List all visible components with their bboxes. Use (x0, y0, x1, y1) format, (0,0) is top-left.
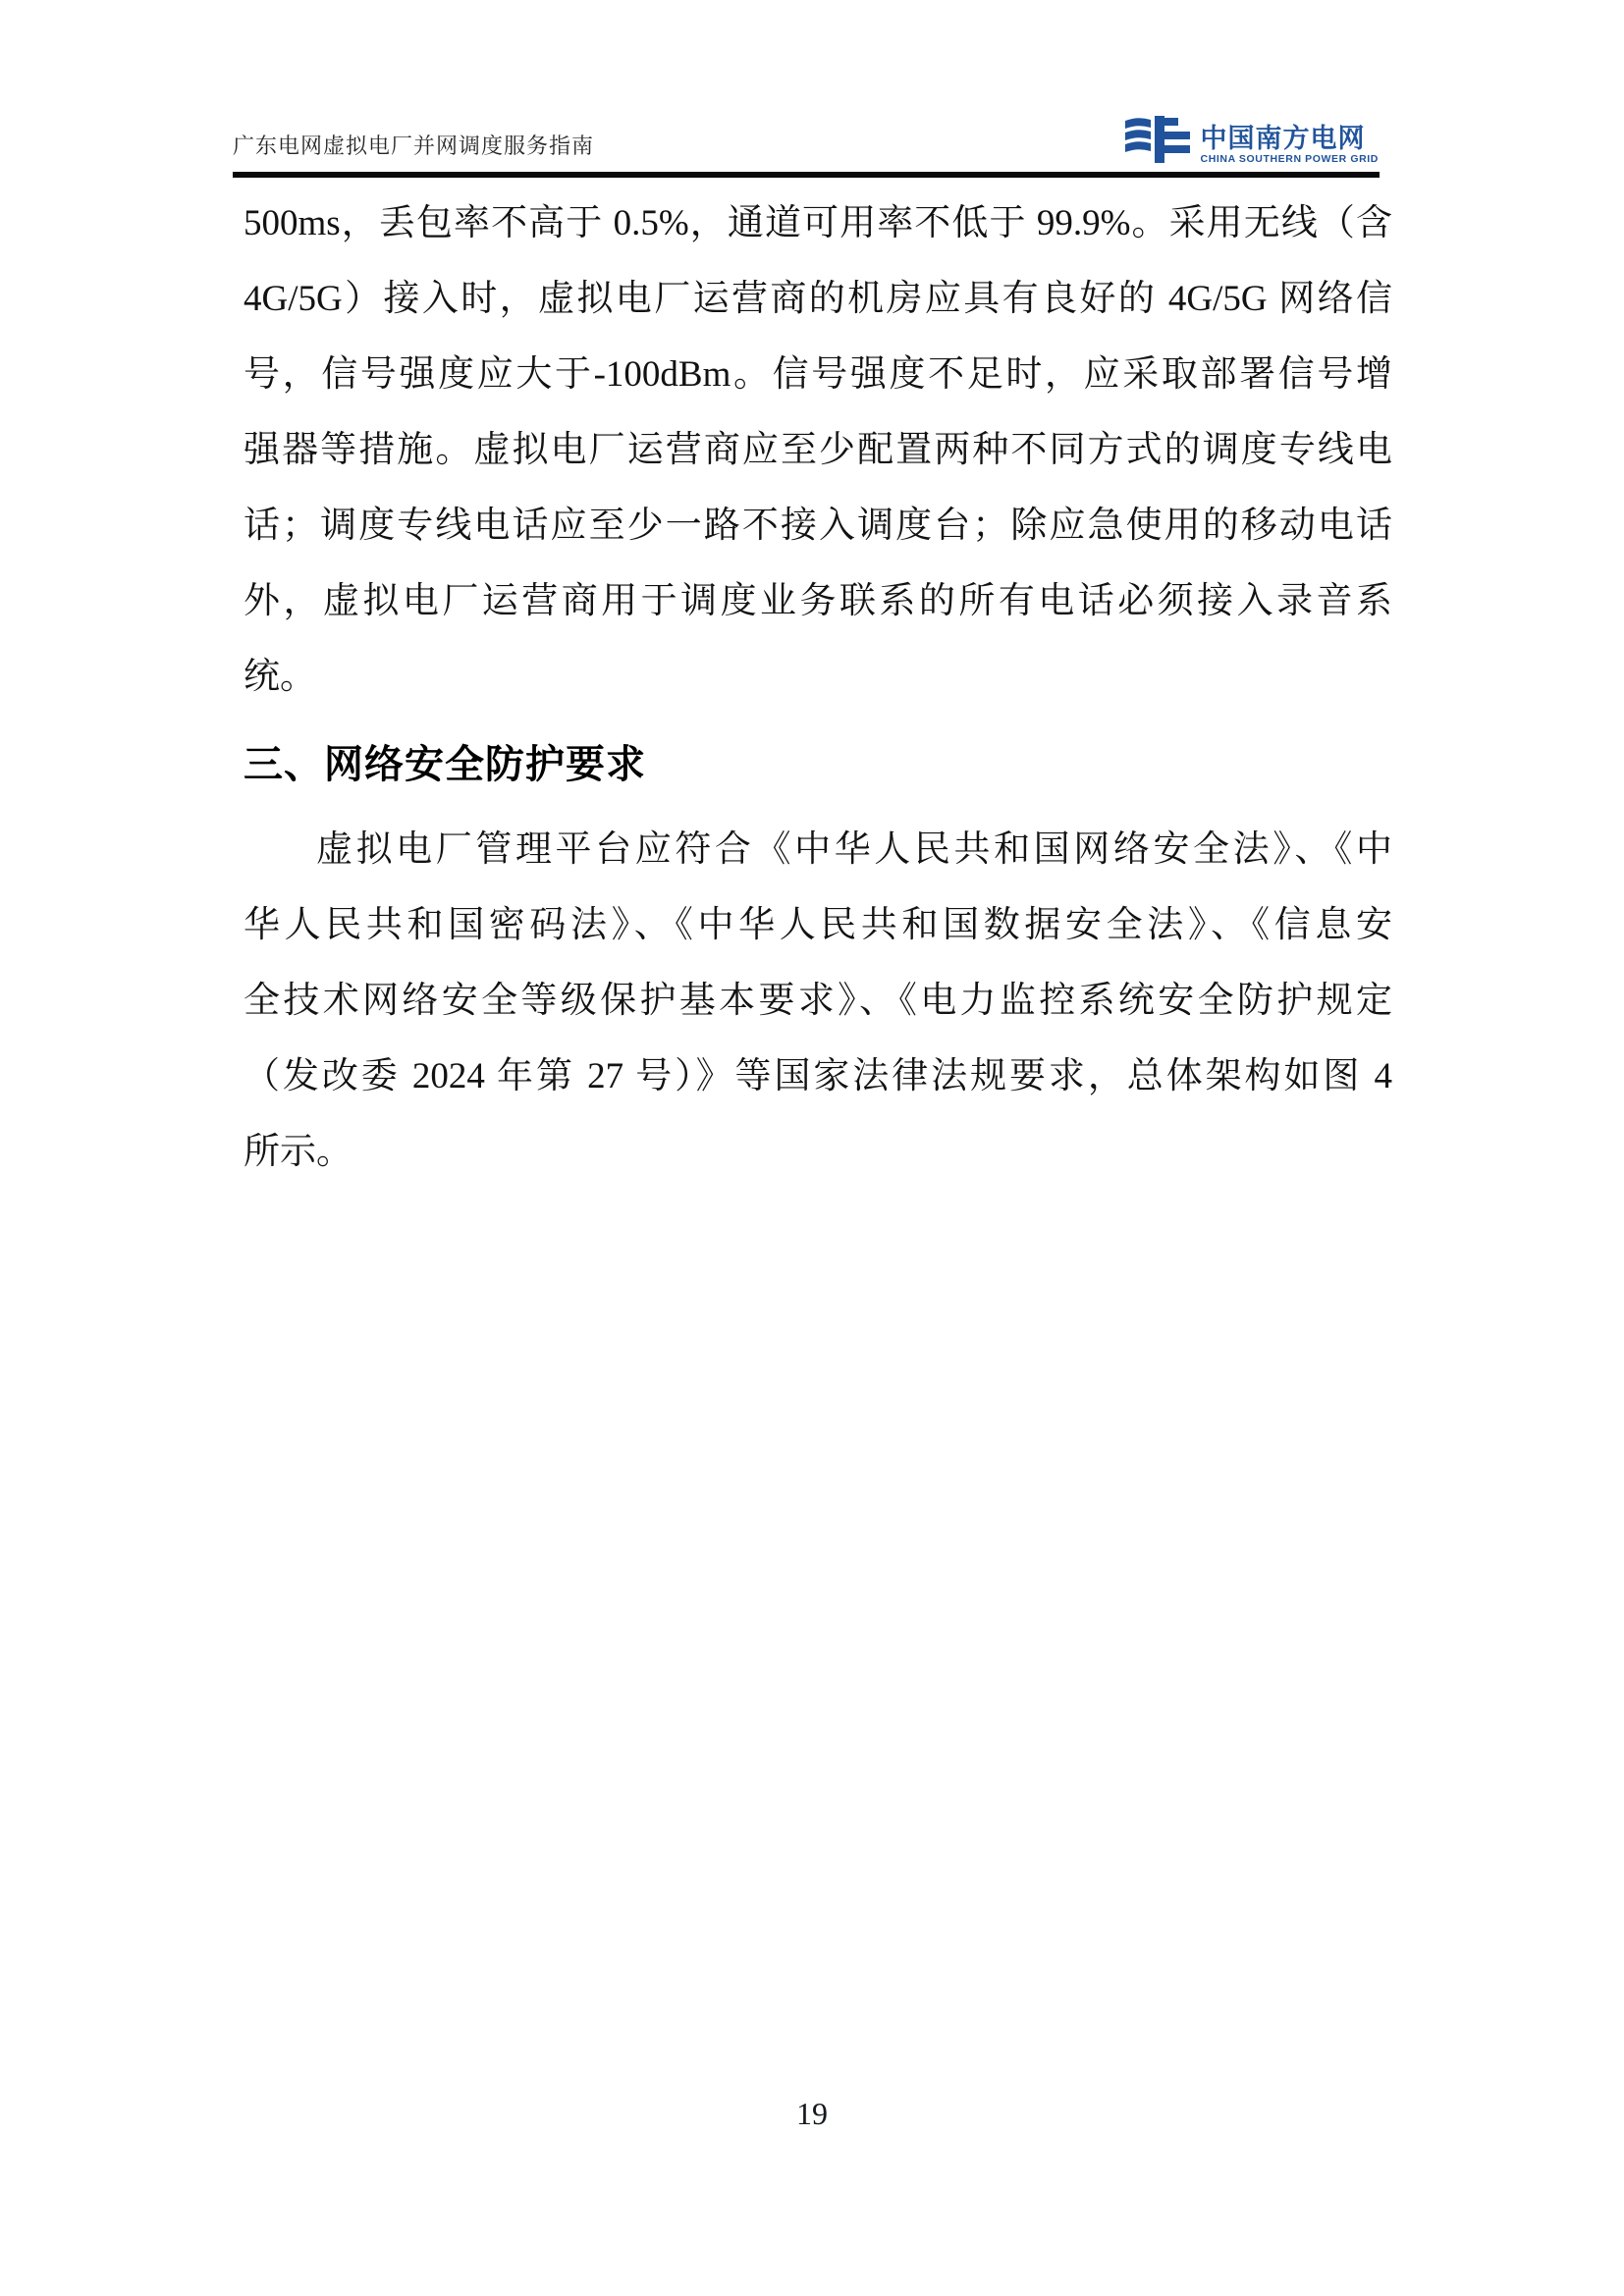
text-line: 强器等措施。虚拟电厂运营商应至少配置两种不同方式的调度专线电 (244, 412, 1392, 488)
text-line: 4G/5G）接入时，虚拟电厂运营商的机房应具有良好的 4G/5G 网络信 (244, 261, 1392, 337)
logo-name-chinese: 中国南方电网 (1201, 125, 1379, 153)
text-line: 外，虚拟电厂运营商用于调度业务联系的所有电话必须接入录音系 (244, 563, 1392, 639)
paragraph-2: 虚拟电厂管理平台应符合《中华人民共和国网络安全法》、《中 华人民共和国密码法》、… (244, 812, 1392, 1190)
text-line: （发改委 2024 年第 27 号）》等国家法律法规要求，总体架构如图 4 (244, 1039, 1392, 1114)
logo-text-block: 中国南方电网 CHINA SOUTHERN POWER GRID (1201, 114, 1379, 166)
header-divider-rule (233, 172, 1380, 178)
section-heading: 三、网络安全防护要求 (244, 736, 1392, 793)
logo-name-english: CHINA SOUTHERN POWER GRID (1201, 153, 1379, 166)
paragraph-1: 500ms，丢包率不高于 0.5%，通道可用率不低于 99.9%。采用无线（含 … (244, 186, 1392, 715)
power-grid-logo-icon (1125, 114, 1192, 163)
page-number: 19 (796, 2096, 828, 2131)
document-page: 广东电网虚拟电厂并网调度服务指南 中国南方电网 CHINA SOUTHERN P… (0, 0, 1624, 2296)
document-header-title: 广东电网虚拟电厂并网调度服务指南 (233, 133, 594, 159)
text-line: 虚拟电厂管理平台应符合《中华人民共和国网络安全法》、《中 (244, 812, 1392, 887)
text-line: 500ms，丢包率不高于 0.5%，通道可用率不低于 99.9%。采用无线（含 (244, 186, 1392, 261)
text-line: 华人民共和国密码法》、《中华人民共和国数据安全法》、《信息安 (244, 887, 1392, 963)
text-line: 所示。 (244, 1114, 1392, 1190)
company-logo: 中国南方电网 CHINA SOUTHERN POWER GRID (1125, 114, 1379, 166)
text-line: 统。 (244, 639, 1392, 715)
page-body: 500ms，丢包率不高于 0.5%，通道可用率不低于 99.9%。采用无线（含 … (244, 186, 1392, 1190)
text-line: 号，信号强度应大于-100dBm。信号强度不足时，应采取部署信号增 (244, 337, 1392, 412)
text-line: 话；调度专线电话应至少一路不接入调度台；除应急使用的移动电话 (244, 488, 1392, 563)
text-line: 全技术网络安全等级保护基本要求》、《电力监控系统安全防护规定 (244, 963, 1392, 1039)
page-footer: 19 (0, 2094, 1624, 2133)
